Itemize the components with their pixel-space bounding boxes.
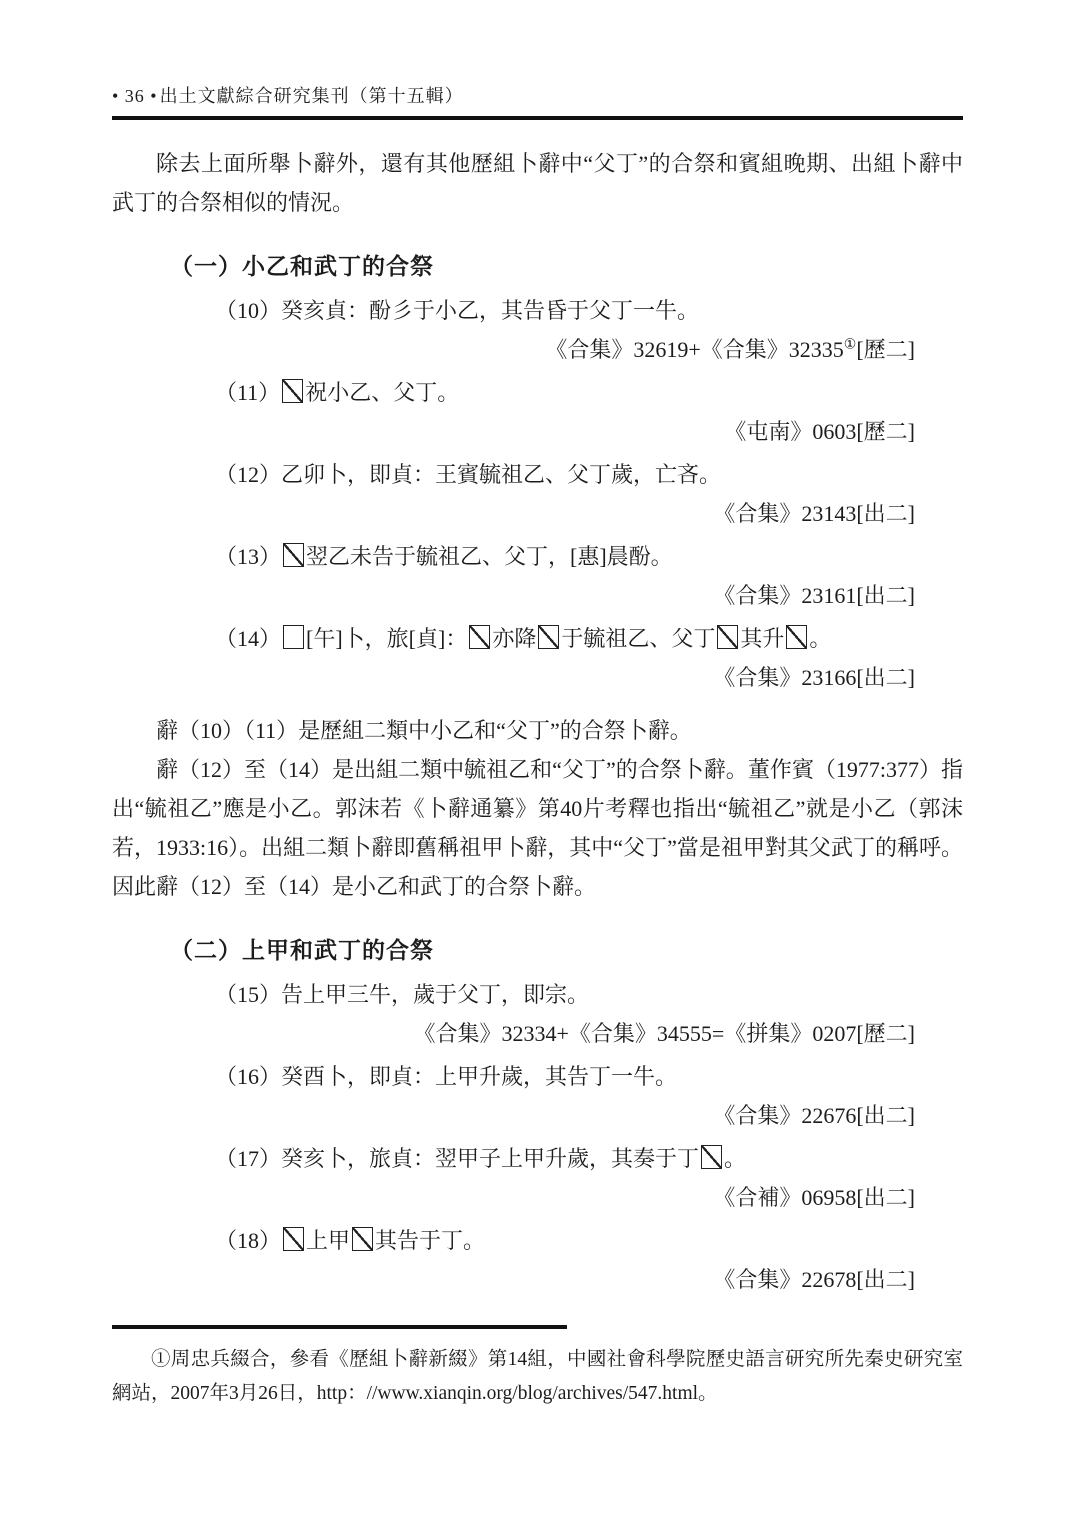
entry-body: 告上甲三牛，歲于父丁，即宗。 [281,982,589,1007]
citation-group: [歷二] [856,1021,915,1046]
header-rule [112,116,963,120]
inscription-citation: 《合集》22678[出二] [112,1260,963,1299]
footnote-marker: ① [844,338,857,353]
lacuna-slashed-box-icon [469,625,490,649]
entry-body: 乙卯卜，即貞：王賓毓祖乙、父丁歲，亡吝。 [281,462,721,487]
inscription-citation: 《合補》06958[出二] [112,1178,963,1217]
citation-source: 《合集》23161 [713,583,856,608]
citation-group: [出二] [856,1267,915,1292]
citation-group: [出二] [856,1103,915,1128]
inscription-citation: 《合集》23166[出二] [112,658,963,697]
lacuna-slashed-box-icon [283,1227,304,1251]
entry-number: （15） [215,982,281,1007]
inscription-citation: 《合集》22676[出二] [112,1096,963,1135]
discussion-paragraph-2: 辭（12）至（14）是出組二類中毓祖乙和“父丁”的合祭卜辭。董作賓（1977:3… [112,750,963,906]
lacuna-slashed-box-icon [538,625,559,649]
citation-source: 《合補》06958 [713,1185,856,1210]
lacuna-slashed-box-icon [786,625,807,649]
inscription-entry-10: （10）癸亥貞：酚彡于小乙，其告昏于父丁一牛。 《合集》32619+《合集》32… [112,291,963,369]
inscription-entry-15: （15）告上甲三牛，歲于父丁，即宗。 《合集》32334+《合集》34555=《… [112,975,963,1053]
citation-group: [出二] [856,501,915,526]
journal-page: • 36 •出土文獻綜合研究集刊（第十五輯） 除去上面所舉卜辭外，還有其他歷組卜… [0,0,1080,1526]
inscription-citation: 《合集》32619+《合集》32335①[歷二] [112,330,963,369]
entry-body: [午]卜，旅[貞]：亦降于毓祖乙、父丁其升。 [281,626,831,651]
entry-number: （12） [215,462,281,487]
entry-body: 上甲其告于丁。 [281,1228,485,1253]
citation-group: [歷二] [856,337,915,362]
section-1-heading: （一）小乙和武丁的合祭 [170,248,963,281]
inscription-text: （15）告上甲三牛，歲于父丁，即宗。 [112,975,963,1014]
citation-source: 《合集》23166 [713,665,856,690]
lacuna-slashed-box-icon [717,625,738,649]
inscription-text: （12）乙卯卜，即貞：王賓毓祖乙、父丁歲，亡吝。 [112,455,963,494]
entry-number: （16） [215,1064,281,1089]
inscription-citation: 《合集》23143[出二] [112,494,963,533]
inscription-citation: 《合集》32334+《合集》34555=《拼集》0207[歷二] [112,1014,963,1053]
inscription-entry-14: （14）[午]卜，旅[貞]：亦降于毓祖乙、父丁其升。 《合集》23166[出二] [112,619,963,697]
entry-body: 祝小乙、父丁。 [280,380,459,405]
entry-body: 癸亥貞：酚彡于小乙，其告昏于父丁一牛。 [281,298,699,323]
inscription-text: （14）[午]卜，旅[貞]：亦降于毓祖乙、父丁其升。 [112,619,963,658]
footnote-text: ①周忠兵綴合，參看《歷組卜辭新綴》第14組，中國社會科學院歷史語言研究所先秦史研… [112,1343,963,1411]
inscription-text: （16）癸酉卜，即貞：上甲升歲，其告丁一牛。 [112,1057,963,1096]
citation-group: [出二] [856,665,915,690]
inscription-entry-16: （16）癸酉卜，即貞：上甲升歲，其告丁一牛。 《合集》22676[出二] [112,1057,963,1135]
entry-number: （18） [215,1228,281,1253]
lacuna-slashed-box-icon [701,1145,722,1169]
entry-body: 癸酉卜，即貞：上甲升歲，其告丁一牛。 [281,1064,677,1089]
lacuna-slashed-box-icon [283,543,304,567]
inscription-entry-12: （12）乙卯卜，即貞：王賓毓祖乙、父丁歲，亡吝。 《合集》23143[出二] [112,455,963,533]
inscription-text: （18）上甲其告于丁。 [112,1221,963,1260]
lacuna-slashed-box-icon [352,1227,373,1251]
citation-source: 《合集》23143 [713,501,856,526]
inscription-entry-11: （11）祝小乙、父丁。 《屯南》0603[歷二] [112,373,963,451]
page-number: • 36 • [112,86,158,106]
entry-number: （13） [215,544,281,569]
citation-source: 《合集》32334+《合集》34555=《拼集》0207 [414,1021,857,1046]
entry-number: （17） [215,1146,281,1171]
lacuna-empty-box-icon [283,625,304,649]
intro-paragraph: 除去上面所舉卜辭外，還有其他歷組卜辭中“父丁”的合祭和賓組晚期、出組卜辭中武丁的… [112,144,963,222]
entry-number: （14） [215,626,281,651]
inscription-text: （17）癸亥卜，旅貞：翌甲子上甲升歲，其奏于丁。 [112,1139,963,1178]
entry-body: 翌乙未告于毓祖乙、父丁，[惠]晨酚。 [281,544,673,569]
citation-source: 《合集》22676 [713,1103,856,1128]
citation-source: 《屯南》0603 [724,419,856,444]
citation-source: 《合集》22678 [713,1267,856,1292]
citation-group: [出二] [856,583,915,608]
inscription-text: （10）癸亥貞：酚彡于小乙，其告昏于父丁一牛。 [112,291,963,330]
citation-source: 《合集》32619+《合集》32335 [545,337,843,362]
inscription-citation: 《合集》23161[出二] [112,576,963,615]
inscription-entry-13: （13）翌乙未告于毓祖乙、父丁，[惠]晨酚。 《合集》23161[出二] [112,537,963,615]
inscription-entry-18: （18）上甲其告于丁。 《合集》22678[出二] [112,1221,963,1299]
inscription-citation: 《屯南》0603[歷二] [112,412,963,451]
inscription-text: （13）翌乙未告于毓祖乙、父丁，[惠]晨酚。 [112,537,963,576]
section-2-heading: （二）上甲和武丁的合祭 [170,932,963,965]
inscription-entry-17: （17）癸亥卜，旅貞：翌甲子上甲升歲，其奏于丁。 《合補》06958[出二] [112,1139,963,1217]
entry-number: （10） [215,298,281,323]
discussion: 辭（10）（11）是歷組二類中小乙和“父丁”的合祭卜辭。 辭（12）至（14）是… [112,711,963,906]
inscription-text: （11）祝小乙、父丁。 [112,373,963,412]
lacuna-slashed-box-icon [282,379,303,403]
discussion-paragraph-1: 辭（10）（11）是歷組二類中小乙和“父丁”的合祭卜辭。 [112,711,963,750]
running-head: • 36 •出土文獻綜合研究集刊（第十五輯） [112,84,963,108]
entry-number: （11） [215,380,280,405]
citation-group: [歷二] [856,419,915,444]
footnote-area: ①周忠兵綴合，參看《歷組卜辭新綴》第14組，中國社會科學院歷史語言研究所先秦史研… [112,1325,963,1411]
footnote-rule [112,1325,567,1329]
citation-group: [出二] [856,1185,915,1210]
journal-title: 出土文獻綜合研究集刊（第十五輯） [160,86,464,106]
entry-body: 癸亥卜，旅貞：翌甲子上甲升歲，其奏于丁。 [281,1146,746,1171]
